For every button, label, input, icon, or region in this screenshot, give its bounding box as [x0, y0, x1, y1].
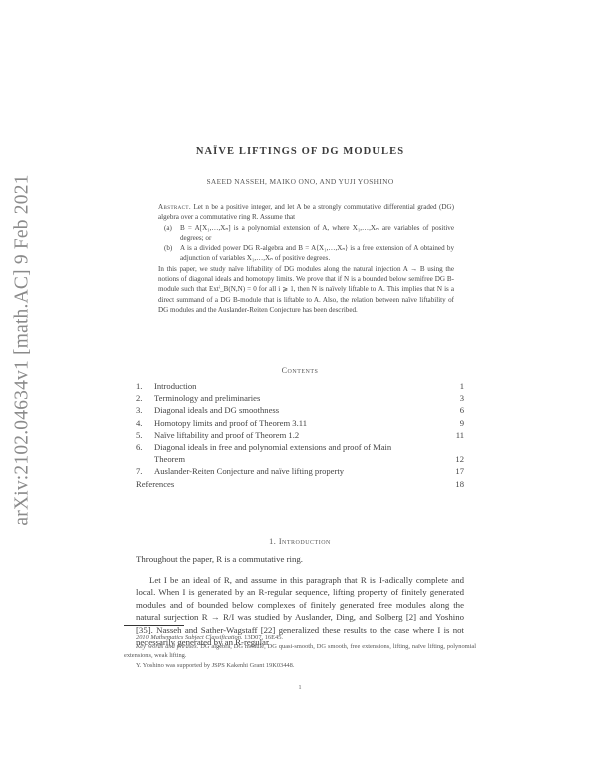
toc-entry-references[interactable]: References 18	[136, 478, 464, 490]
toc-entry-label[interactable]: Homotopy limits and proof of Theorem 3.1…	[154, 417, 446, 429]
toc-entry-label[interactable]: Introduction	[154, 380, 446, 392]
footnote-msc: 2010 Mathematics Subject Classification.…	[124, 633, 476, 642]
toc-entry-label[interactable]: References	[136, 478, 446, 490]
footnote-msc-year-label: 2010 Mathematics Subject Classification.	[136, 634, 243, 641]
toc-entry-number: 6.	[136, 441, 154, 465]
toc-entry[interactable]: 3. Diagonal ideals and DG smoothness 6	[136, 404, 464, 416]
paper-authors: SAEED NASSEH, MAIKO ONO, AND YUJI YOSHIN…	[0, 177, 600, 186]
toc-entry-label[interactable]: Diagonal ideals and DG smoothness	[154, 404, 446, 416]
toc-entry-page[interactable]: 6	[446, 404, 464, 416]
toc-entry-page[interactable]: 3	[446, 392, 464, 404]
footnote-funding: Y. Yoshino was supported by JSPS Kakenhi…	[124, 661, 476, 670]
toc-entry[interactable]: 4. Homotopy limits and proof of Theorem …	[136, 417, 464, 429]
abstract: Abstract. Let n be a positive integer, a…	[158, 202, 454, 315]
footnote-divider	[124, 625, 184, 626]
section-heading-introduction: 1. Introduction	[0, 537, 600, 546]
toc-entry-page[interactable]: 1	[446, 380, 464, 392]
abstract-item-text: B = A[X₁,…,Xₙ] is a polynomial extension…	[180, 223, 454, 244]
table-of-contents: 1. Introduction 1 2. Terminology and pre…	[136, 380, 464, 490]
toc-entry-label[interactable]: Naïve liftability and proof of Theorem 1…	[154, 429, 446, 441]
toc-entry[interactable]: 6. Diagonal ideals in free and polynomia…	[136, 441, 464, 465]
abstract-body: In this paper, we study naïve liftabilit…	[158, 264, 454, 315]
abstract-item-label: (a)	[164, 223, 180, 244]
footnote-keywords-label: Key words and phrases.	[136, 643, 198, 650]
abstract-intro: Abstract. Let n be a positive integer, a…	[158, 202, 454, 223]
body-paragraph: Throughout the paper, R is a commutative…	[136, 553, 464, 565]
abstract-item-a: (a) B = A[X₁,…,Xₙ] is a polynomial exten…	[164, 223, 454, 244]
abstract-item-label: (b)	[164, 243, 180, 264]
page-number: 1	[0, 684, 600, 691]
toc-entry-number: 1.	[136, 380, 154, 392]
abstract-intro-text: Let n be a positive integer, and let A b…	[158, 203, 454, 221]
toc-entry[interactable]: 2. Terminology and preliminaries 3	[136, 392, 464, 404]
toc-entry[interactable]: 5. Naïve liftability and proof of Theore…	[136, 429, 464, 441]
toc-entry[interactable]: 1. Introduction 1	[136, 380, 464, 392]
toc-entry-page[interactable]: 17	[446, 465, 464, 477]
toc-entry[interactable]: 7. Auslander-Reiten Conjecture and naïve…	[136, 465, 464, 477]
footnote-msc-value: 13D07, 16E45.	[244, 634, 283, 641]
toc-entry-number: 5.	[136, 429, 154, 441]
toc-entry-label[interactable]: Diagonal ideals in free and polynomial e…	[154, 441, 446, 453]
toc-entry-label-group[interactable]: Diagonal ideals in free and polynomial e…	[154, 441, 446, 465]
arxiv-identifier-stamp: arXiv:2102.04634v1 [math.AC] 9 Feb 2021	[3, 130, 43, 570]
toc-entry-page[interactable]: 9	[446, 417, 464, 429]
toc-entry-label[interactable]: Terminology and preliminaries	[154, 392, 446, 404]
contents-heading: Contents	[0, 366, 600, 375]
toc-entry-number: 2.	[136, 392, 154, 404]
arxiv-identifier-text: arXiv:2102.04634v1 [math.AC] 9 Feb 2021	[12, 174, 34, 525]
abstract-item-text: A is a divided power DG R-algebra and B …	[180, 243, 454, 264]
toc-entry-number: 7.	[136, 465, 154, 477]
toc-entry-label[interactable]: Auslander-Reiten Conjecture and naïve li…	[154, 465, 446, 477]
toc-entry-number: 4.	[136, 417, 154, 429]
paper-title: NAÏVE LIFTINGS OF DG MODULES	[0, 146, 600, 157]
footnote-keywords: Key words and phrases. DG algebra, DG mo…	[124, 642, 476, 660]
abstract-label: Abstract.	[158, 203, 191, 211]
footnotes: 2010 Mathematics Subject Classification.…	[124, 633, 476, 670]
toc-entry-page[interactable]: 11	[446, 429, 464, 441]
abstract-item-b: (b) A is a divided power DG R-algebra an…	[164, 243, 454, 264]
toc-entry-number: 3.	[136, 404, 154, 416]
toc-entry-page[interactable]: 12	[446, 453, 464, 465]
toc-entry-label-continued[interactable]: Theorem	[154, 453, 446, 465]
toc-entry-page[interactable]: 18	[446, 478, 464, 490]
